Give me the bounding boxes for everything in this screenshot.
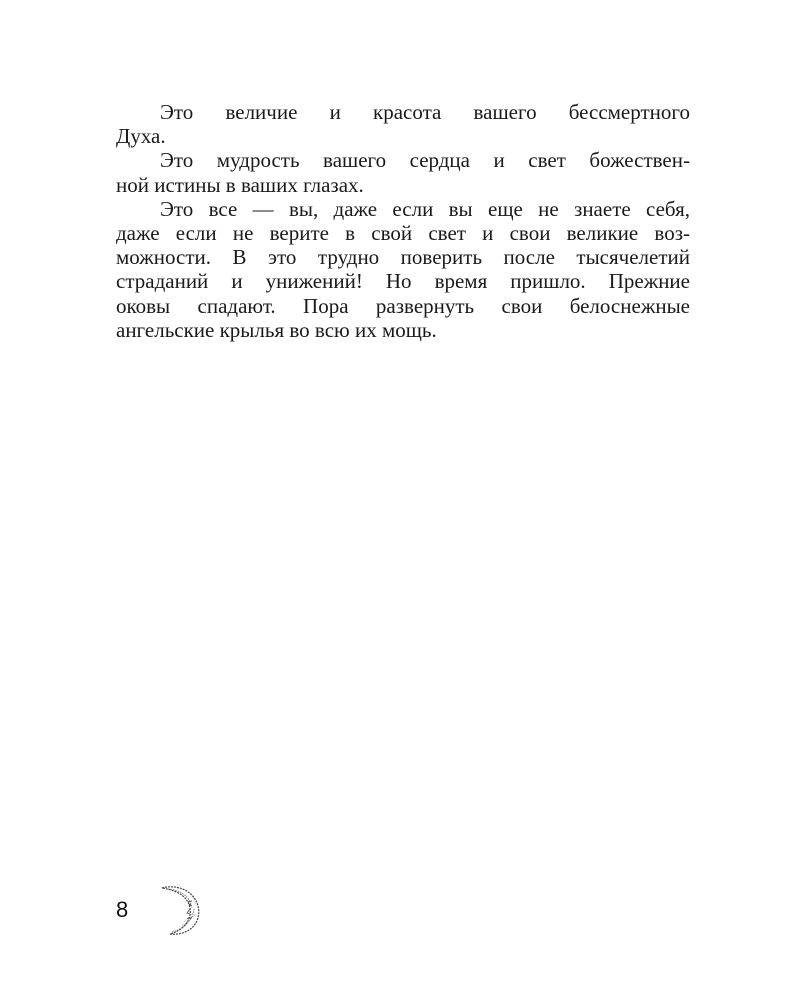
paragraph-3: Это все — вы, даже если вы еще не знаете… xyxy=(116,197,690,342)
book-page: Это величие и красота вашего бессмертног… xyxy=(0,0,800,1000)
page-footer: 8 xyxy=(116,882,236,942)
paragraph-2: Это мудрость вашего сердца и свет божест… xyxy=(116,148,690,196)
paragraph-1: Это величие и красота вашего бессмертног… xyxy=(116,100,690,148)
text-line: даже если не верите в свой свет и свои в… xyxy=(116,221,690,245)
text-line: ной истины в ваших глазах. xyxy=(116,173,690,197)
text-line: Это величие и красота вашего бессмертног… xyxy=(116,100,690,124)
text-line: страданий и унижений! Но время пришло. П… xyxy=(116,269,690,293)
text-line: Это мудрость вашего сердца и свет божест… xyxy=(116,148,690,172)
text-line: Это все — вы, даже если вы еще не знаете… xyxy=(116,197,690,221)
text-line: оковы спадают. Пора развернуть свои бело… xyxy=(116,294,690,318)
body-text: Это величие и красота вашего бессмертног… xyxy=(116,100,690,342)
page-number: 8 xyxy=(116,898,128,922)
text-line: можности. В это трудно поверить после ты… xyxy=(116,245,690,269)
text-line: ангельские крылья во всю их мощь. xyxy=(116,318,690,342)
crescent-moon-face-icon xyxy=(154,882,204,938)
text-line: Духа. xyxy=(116,124,690,148)
